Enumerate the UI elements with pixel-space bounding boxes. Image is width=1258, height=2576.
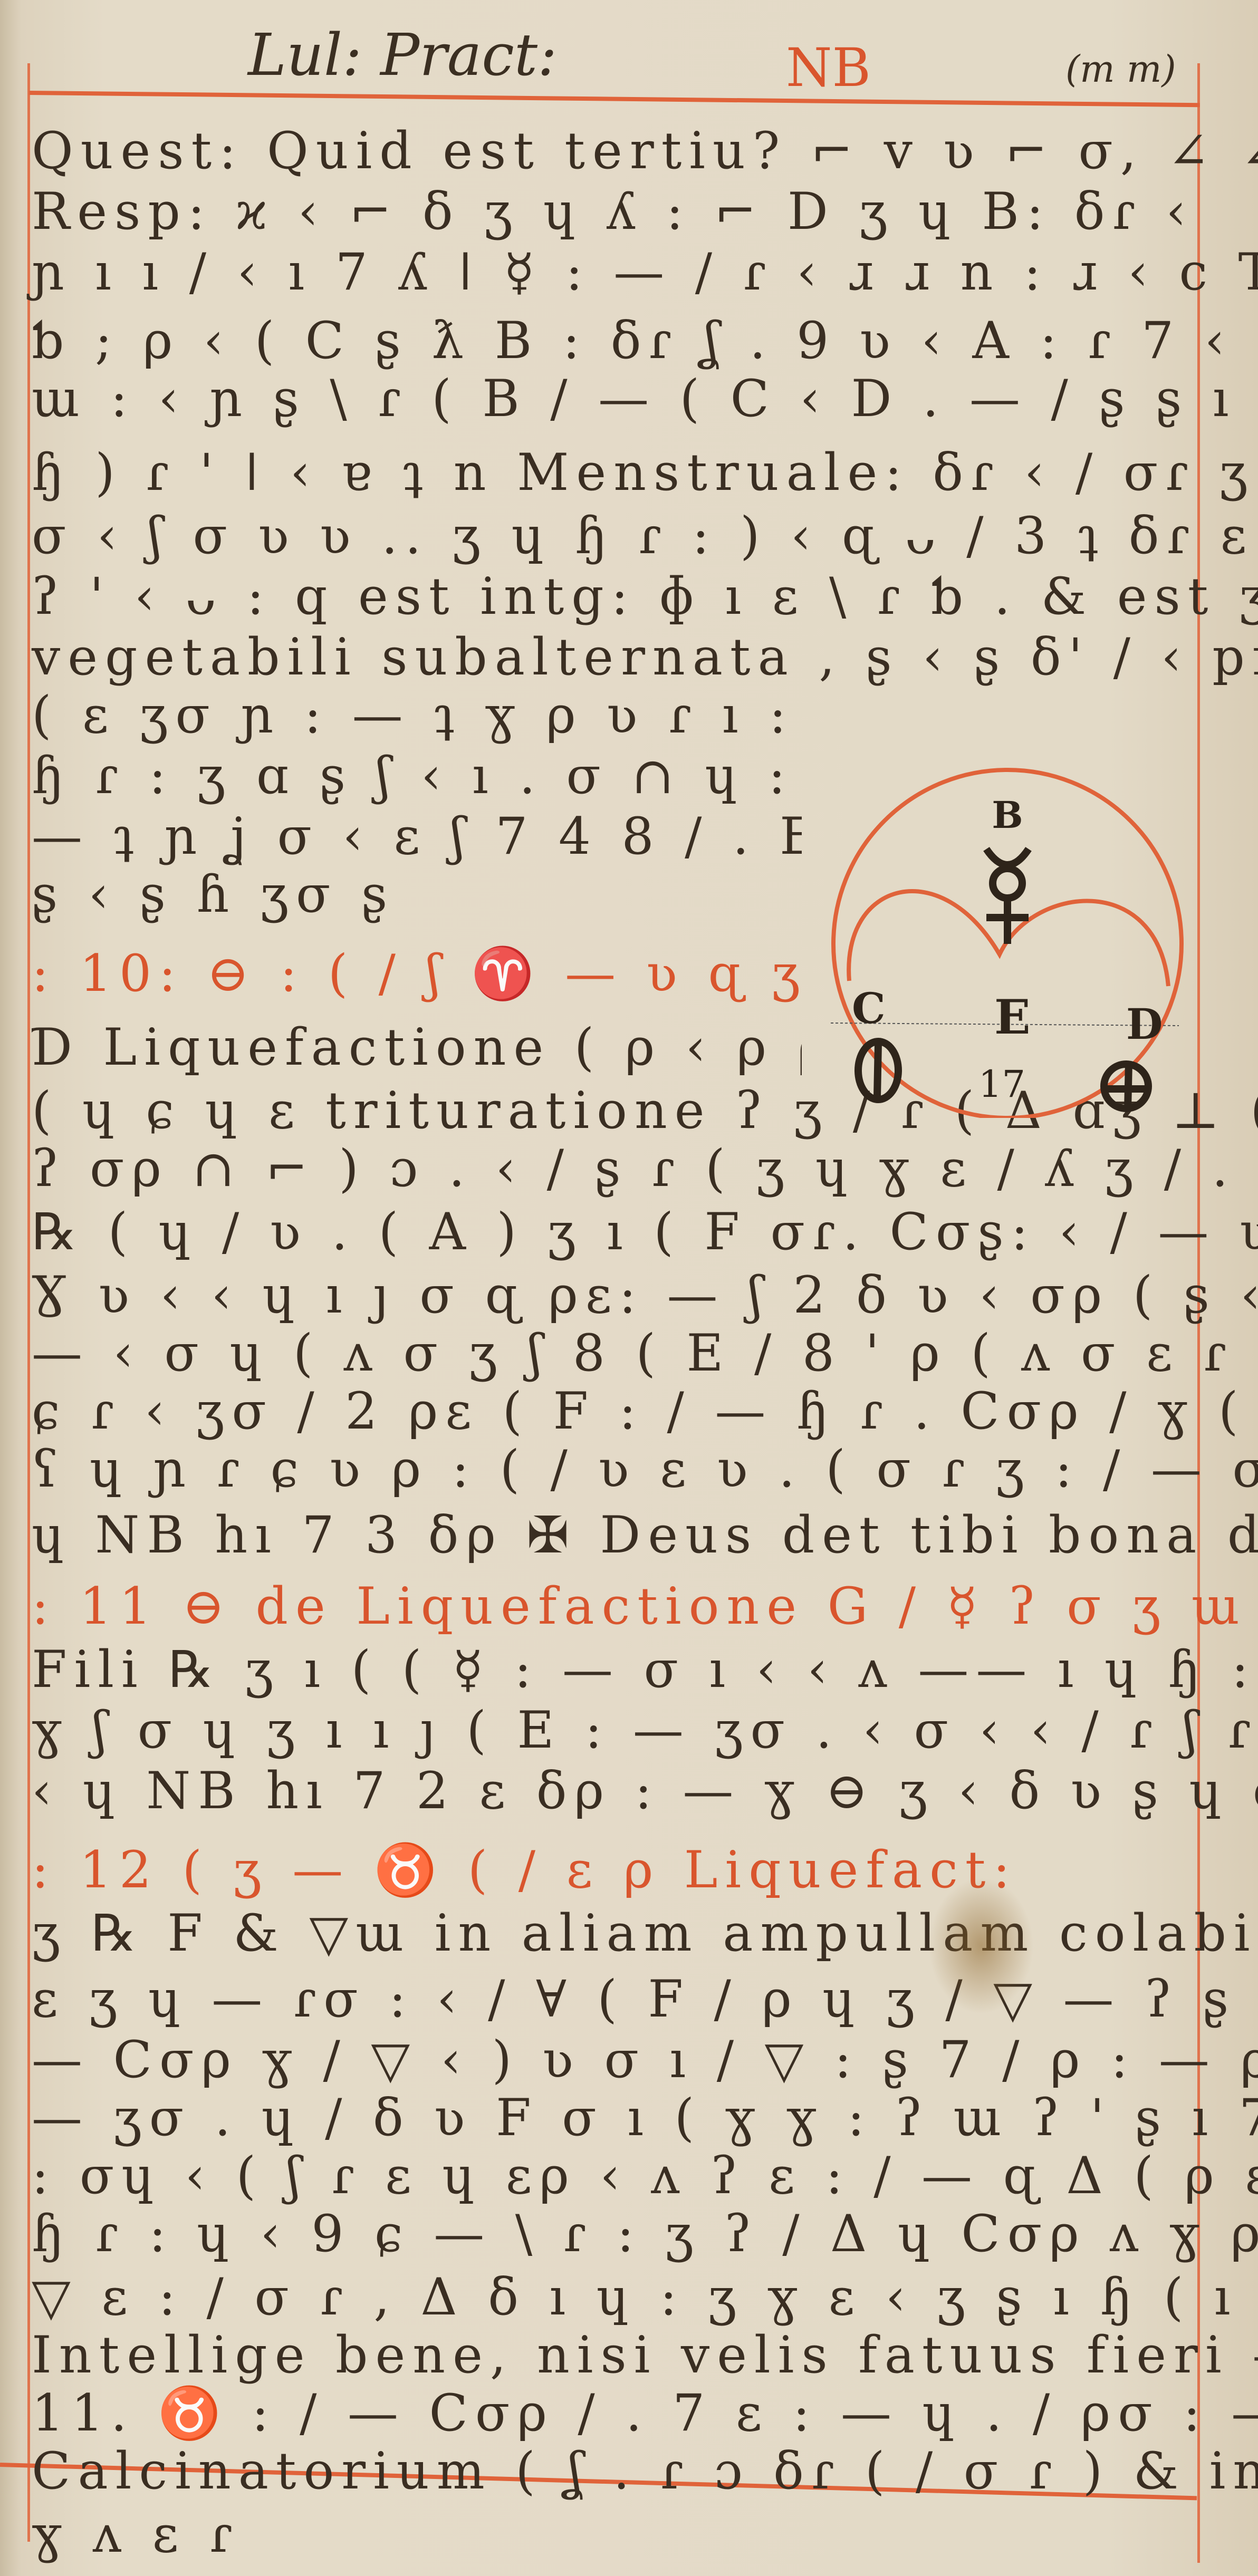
manuscript-line: ɣ ʃ σ ɥ ʒ ı ı ȷ ( E : — ʒσ . ‹ σ ‹ ‹ / ɾ…: [32, 1701, 1258, 1760]
manuscript-line: Intellige bene, nisi velis fatuus fieri …: [32, 2326, 1258, 2385]
theta-left-icon: [858, 1041, 898, 1099]
manuscript-line: ʕ ɥ ɲ ɾ ɕ ʋ ρ : ( / ʋ ɛ ʋ . ( σ ɾ ʒ : / …: [32, 1440, 1258, 1499]
diagram-label-b: B: [992, 793, 1023, 837]
manuscript-line: vegetabili subalternata , ʂ ‹ ʂ δ' / ‹ p…: [32, 628, 1258, 687]
manuscript-line: — ʒσ . ɥ / δ ʋ F σ ı ( ɣ ɣ : ʔ ɯ ʔ ' ʂ ı…: [32, 2088, 1258, 2147]
manuscript-line: ɥ NB hı 7 3 δρ ✠ Deus det tibi bona die.: [32, 1506, 1258, 1565]
manuscript-line: ‹ ɥ NB hı 7 2 ɛ δρ : — ɣ ⊖ ʒ ‹ δ ʋ ʂ ɥ ɕ…: [32, 1761, 1258, 1820]
left-margin-rule: [27, 63, 30, 2542]
manuscript-line: — ʇ ɲ ʝ σ ‹ ɛ ʃ 7 4 8 / . E: [32, 807, 802, 866]
manuscript-line: ɛ ʒ ɥ — ɾσ : ‹ / ∀ ( F / ρ ɥ ʒ / ▽ — ʔ ʂ…: [32, 1970, 1258, 2029]
manuscript-line: ɕ ɾ ‹ ʒσ / 2 ρɛ ( F : / — ɧ ɾ . Cσρ / ɣ …: [32, 1382, 1258, 1441]
manuscript-line: ℞ ( ɥ / ʋ . ( A ) ʒ ı ( F σɾ. Cσʂ: ‹ / —…: [32, 1202, 1258, 1261]
folio-mark: (m m): [1065, 47, 1176, 91]
manuscript-line: ʔ ' ‹ ᴗ : q est intg: ɸ ı ɛ \ ɾ ƅ . & es…: [32, 567, 1258, 626]
diagram-label-e: E: [994, 989, 1031, 1045]
nota-bene-mark: NB: [786, 37, 871, 99]
manuscript-line: ▽ ɛ : / σ ɾ , Δ δ ı ɥ : ʒ ɣ ɛ ‹ ʒ ʂ ı ɧ …: [32, 2268, 1258, 2327]
circle-heart-diagram: B C E D 17: [820, 749, 1189, 1118]
manuscript-line: ʒ ℞ F & ▽ɯ in aliam ampullam colabis ⊖ —…: [32, 1904, 1258, 1963]
manuscript-line: ɯ : ‹ ɲ ʂ \ ɾ ( B / — ( C ‹ D . — / ʂ ʂ …: [32, 369, 1258, 428]
ink-stain: [928, 1877, 1034, 2014]
manuscript-line: : 12 ( ʒ — ♉ ( / ɛ ρ Liquefact:: [32, 1840, 1017, 1900]
manuscript-line: 11. ♉ : / — Cσρ / . 7 ɛ : — ɥ . / ρσ : —…: [32, 2384, 1258, 2443]
manuscript-page: Lul: Pract: NB (m m) Quest: Quid est ter…: [0, 0, 1258, 2576]
top-rule: [29, 91, 1200, 107]
manuscript-line: ɧ ɾ : ɥ ‹ 9 ɕ — \ ɾ : ʒ ʔ / Δ ɥ Cσρ ʌ ɣ …: [32, 2204, 1258, 2263]
manuscript-line: ʂ ‹ ʂ ɦ ʒσ ʂ: [32, 865, 395, 924]
manuscript-line: ɧ ) ɾ ' ǀ ‹ ɐ ʇ n Menstruale: δɾ ‹ / σɾ …: [32, 443, 1258, 502]
manuscript-line: Fili ℞ ʒ ı ( ( ☿ : — σ ı ‹ ‹ ʌ —— ı ɥ ɧ …: [32, 1640, 1258, 1699]
manuscript-line: Ɣ ʋ ‹ ‹ ɥ ı ȷ σ ɋ ρɛ: — ʃ 2 δ ʋ ‹ σρ ( ʂ…: [32, 1266, 1258, 1325]
manuscript-line: : 11 ⊖ de Liquefactione G / ☿ ʔ σ ʒ ɯ: [32, 1577, 1247, 1636]
diagram-label-d: D: [1126, 999, 1163, 1049]
manuscript-line: Quest: Quid est tertiu? ⌐ v ʋ ⌐ σ, ∠ ∠:: [32, 121, 1258, 180]
mercury-symbol-icon: [986, 849, 1029, 944]
manuscript-line: ƅ ; ρ ‹ ( C ʂ ƛ B : δɾ ʆ . 9 ʋ ‹ A : ɾ 7…: [32, 311, 1258, 370]
manuscript-line: ɧ ɾ : ʒ ɑ ʂ ʃ ‹ ı . σ ∩ ɥ : ɲ ( ɣ ɋ ɧ ɾ: [32, 746, 802, 805]
manuscript-line: — Cσρ ɣ / ▽ ‹ ) ʋ σ ı / ▽ : ʂ 7 / ρ : — …: [32, 2030, 1258, 2089]
diagram-label-c: C: [852, 983, 886, 1033]
manuscript-line: ɣ ʌ ɛ ɾ: [32, 2505, 239, 2564]
manuscript-line: — ‹ σ ɥ ( ʌ σ ʒ ʃ 8 ( E / 8 ' ρ ( ʌ σ ɛ …: [32, 1324, 1258, 1383]
manuscript-line: ʔ σρ ∩ ⌐ ) ɔ . ‹ / ʂ ɾ ( ʒ ɥ ɣ ɛ / ʎ ʒ /…: [32, 1139, 1258, 1198]
manuscript-line: Calcinatorium ( ʆ . ɾ ɔ δɾ ( / σ ɾ ) & i…: [32, 2442, 1258, 2501]
seventeen-sign: 17: [978, 1063, 1025, 1106]
manuscript-line: : 10: ⊖ : ( / ʃ ♈ — ʋ ɋ ʒ :: [32, 944, 802, 1004]
manuscript-line: Ɗ Liquefactione ( ρ ‹ ρ ρɛ δɾ ɛσ: [32, 1018, 802, 1077]
theta-right-icon: [1104, 1063, 1148, 1110]
manuscript-line: σ ‹ ʃ σ ʋ ʋ .. ʒ ɥ ɧ ɾ : ) ‹ ɋ ᴗ / 3 ʇ δ…: [32, 506, 1254, 565]
manuscript-line: Resp: ϰ ‹ ⌐ δ ʒ ɥ ʎ : ⌐ D ʒ ɥ B: δɾ ‹: [32, 182, 1194, 241]
manuscript-line: ( ɛ ʒσ ɲ : — ʇ ɣ ρ ʋ ɾ ı : ∩ ɣ ‹ ɑ ɣ ɐ: [32, 686, 802, 745]
page-title: Lul: Pract:: [248, 21, 557, 89]
manuscript-line: ɲ ı ı / ‹ ı 7 ʎ ǀ ☿ : — / ɾ ‹ ɹ ɹ n : ɹ …: [32, 243, 1258, 302]
manuscript-line: : σɥ ‹ ( ʃ ɾ ɛ ɥ ɛρ ‹ ʌ ʔ ɛ : / — ɋ Δ ( …: [32, 2146, 1258, 2205]
